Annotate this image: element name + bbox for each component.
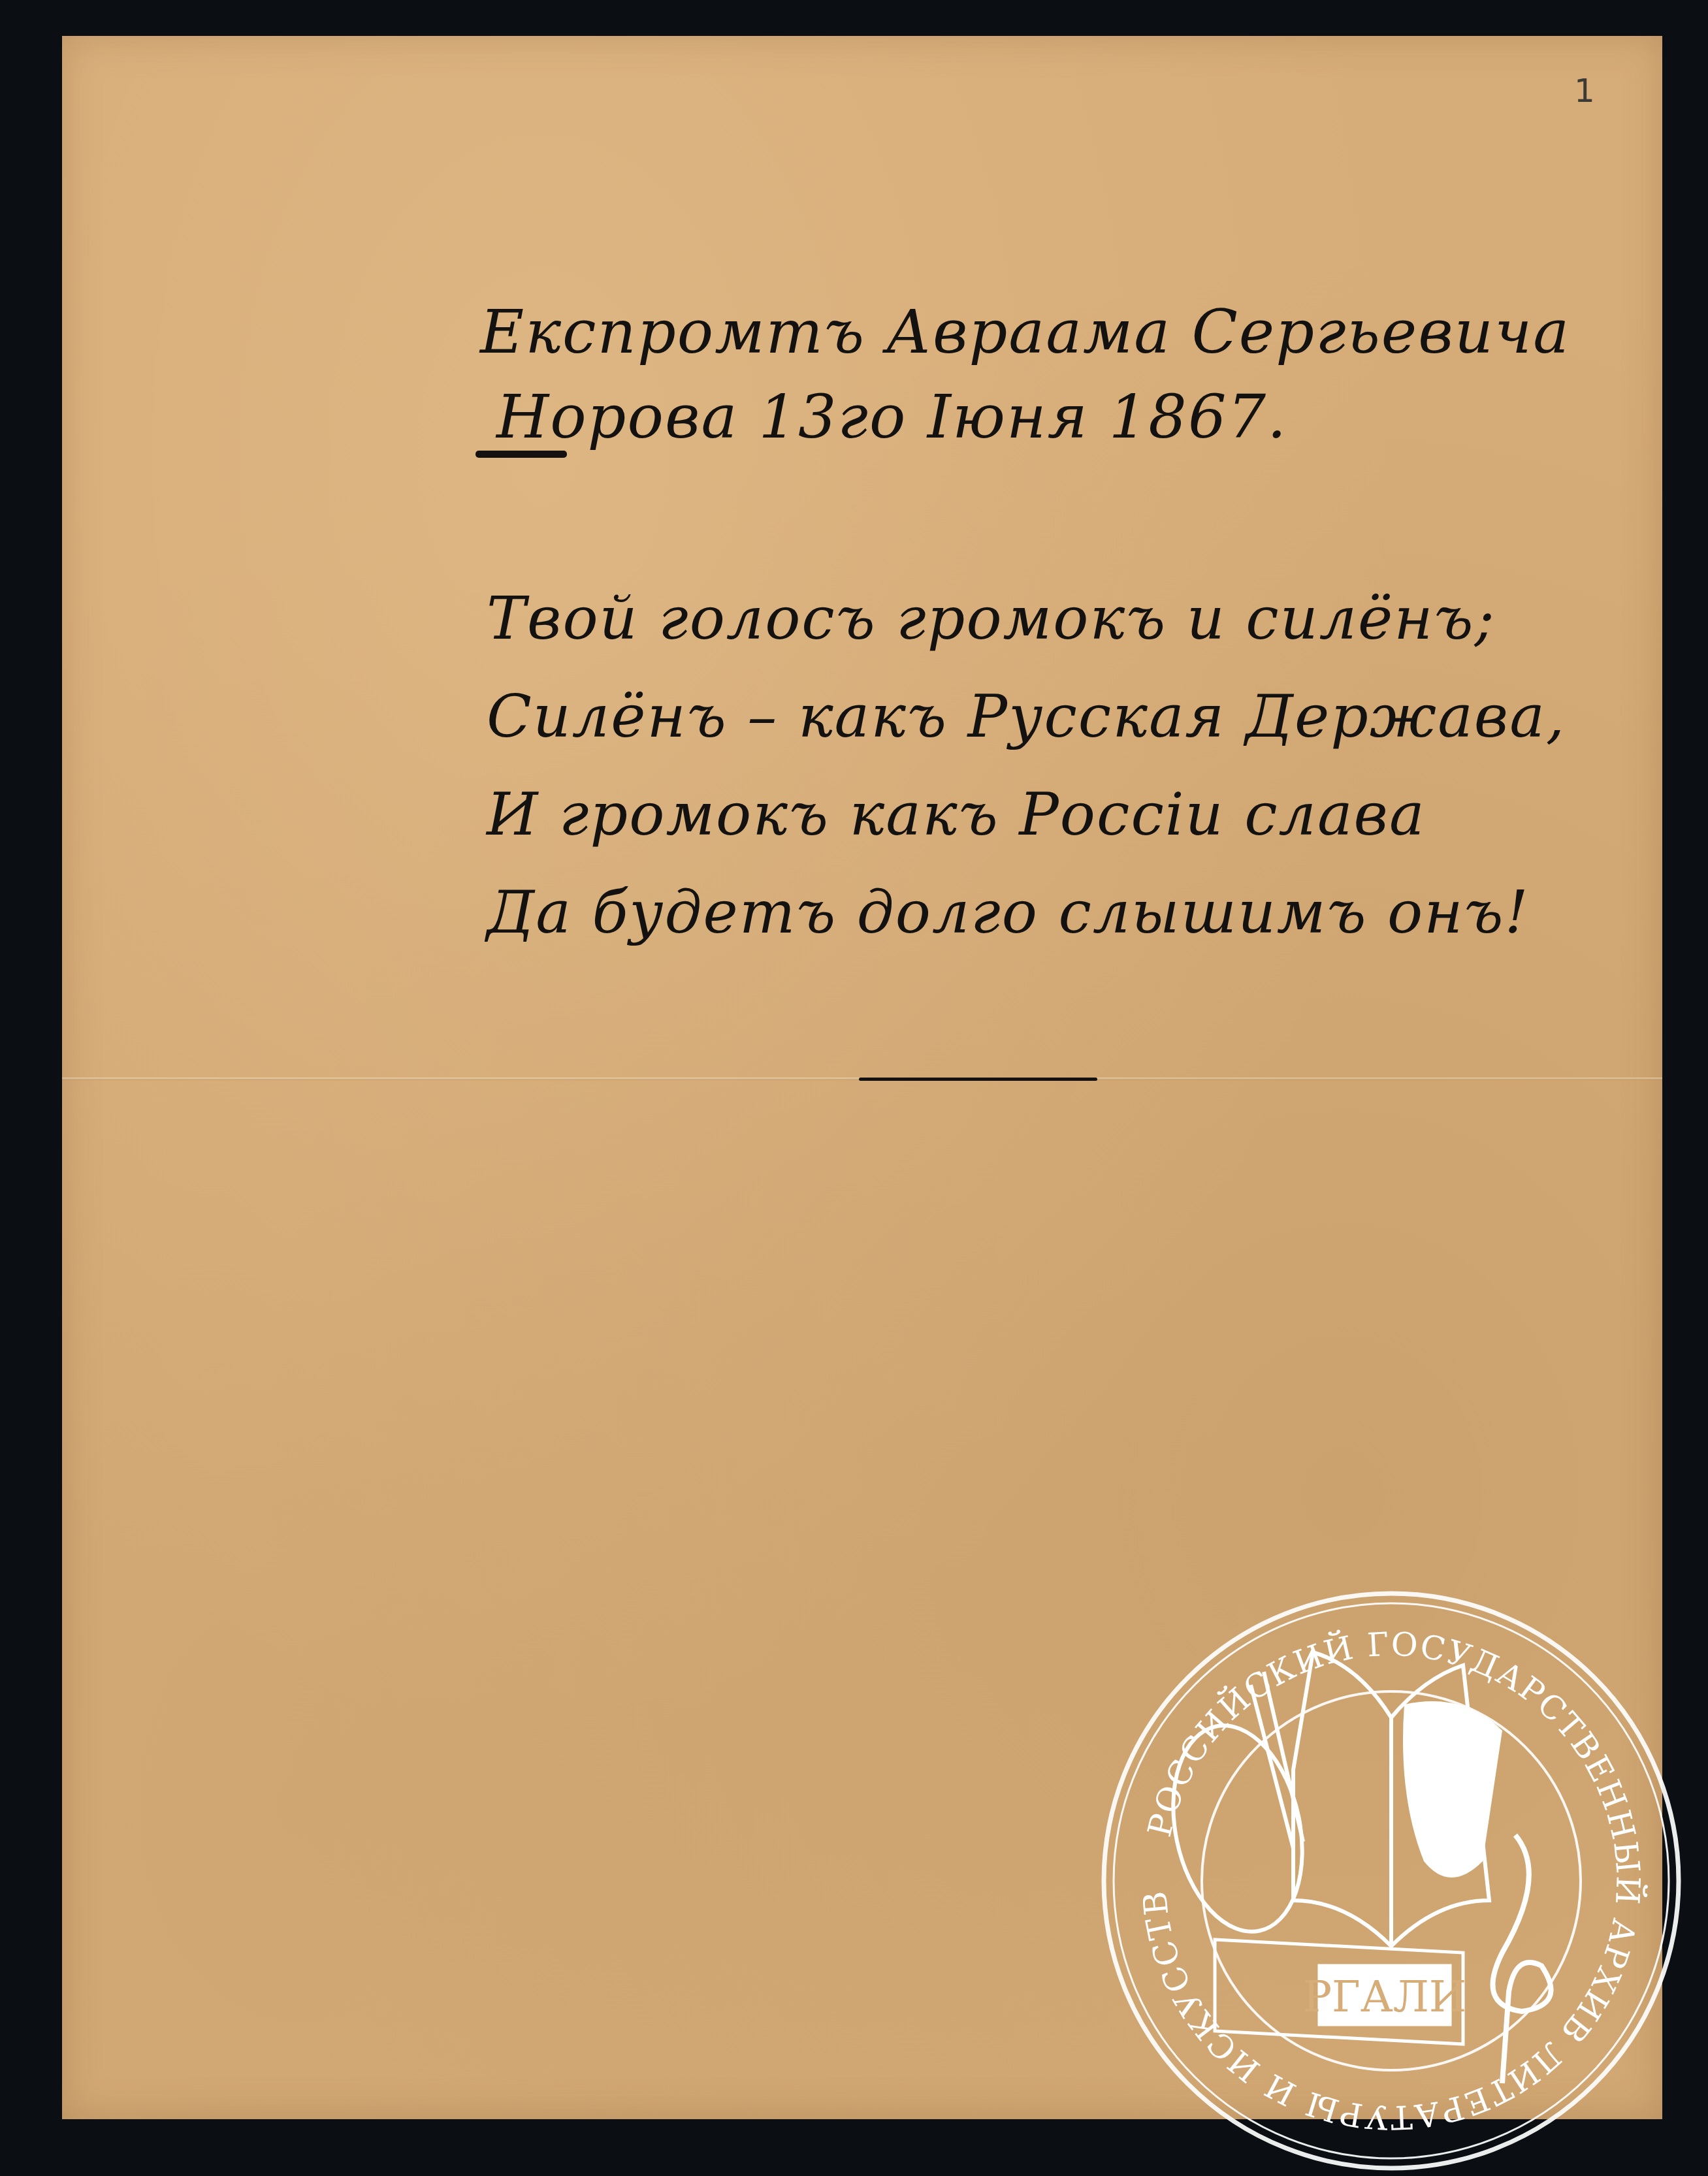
verse-line: Твой голосъ громокъ и силёнъ; <box>487 584 1496 653</box>
title-underline <box>475 451 567 458</box>
verse-line: Да будетъ долго слышимъ онъ! <box>487 878 1530 947</box>
theatre-mask-icon <box>1403 1701 1502 1878</box>
stamp-acronym: РГАЛИ <box>1303 1972 1467 2022</box>
stamp-ring-text: РОССИЙСКИЙ ГОСУДАРСТВЕННЫЙ АРХИВ ЛИТЕРАТ… <box>1097 1587 1649 2136</box>
verse-line: Силёнъ – какъ Русская Держава, <box>487 682 1566 751</box>
verse-line: И громокъ какъ Россіи слава <box>487 780 1426 849</box>
title-line-1: Експромтъ Авраама Сергьевича <box>480 297 1570 367</box>
rgali-archive-stamp: РОССИЙСКИЙ ГОСУДАРСТВЕННЫЙ АРХИВ ЛИТЕРАТ… <box>1097 1587 1685 2175</box>
folio-number: 1 <box>1574 72 1595 110</box>
title-line-2: Норова 13го Іюня 1867. <box>496 382 1287 452</box>
end-divider-line <box>859 1078 1097 1081</box>
